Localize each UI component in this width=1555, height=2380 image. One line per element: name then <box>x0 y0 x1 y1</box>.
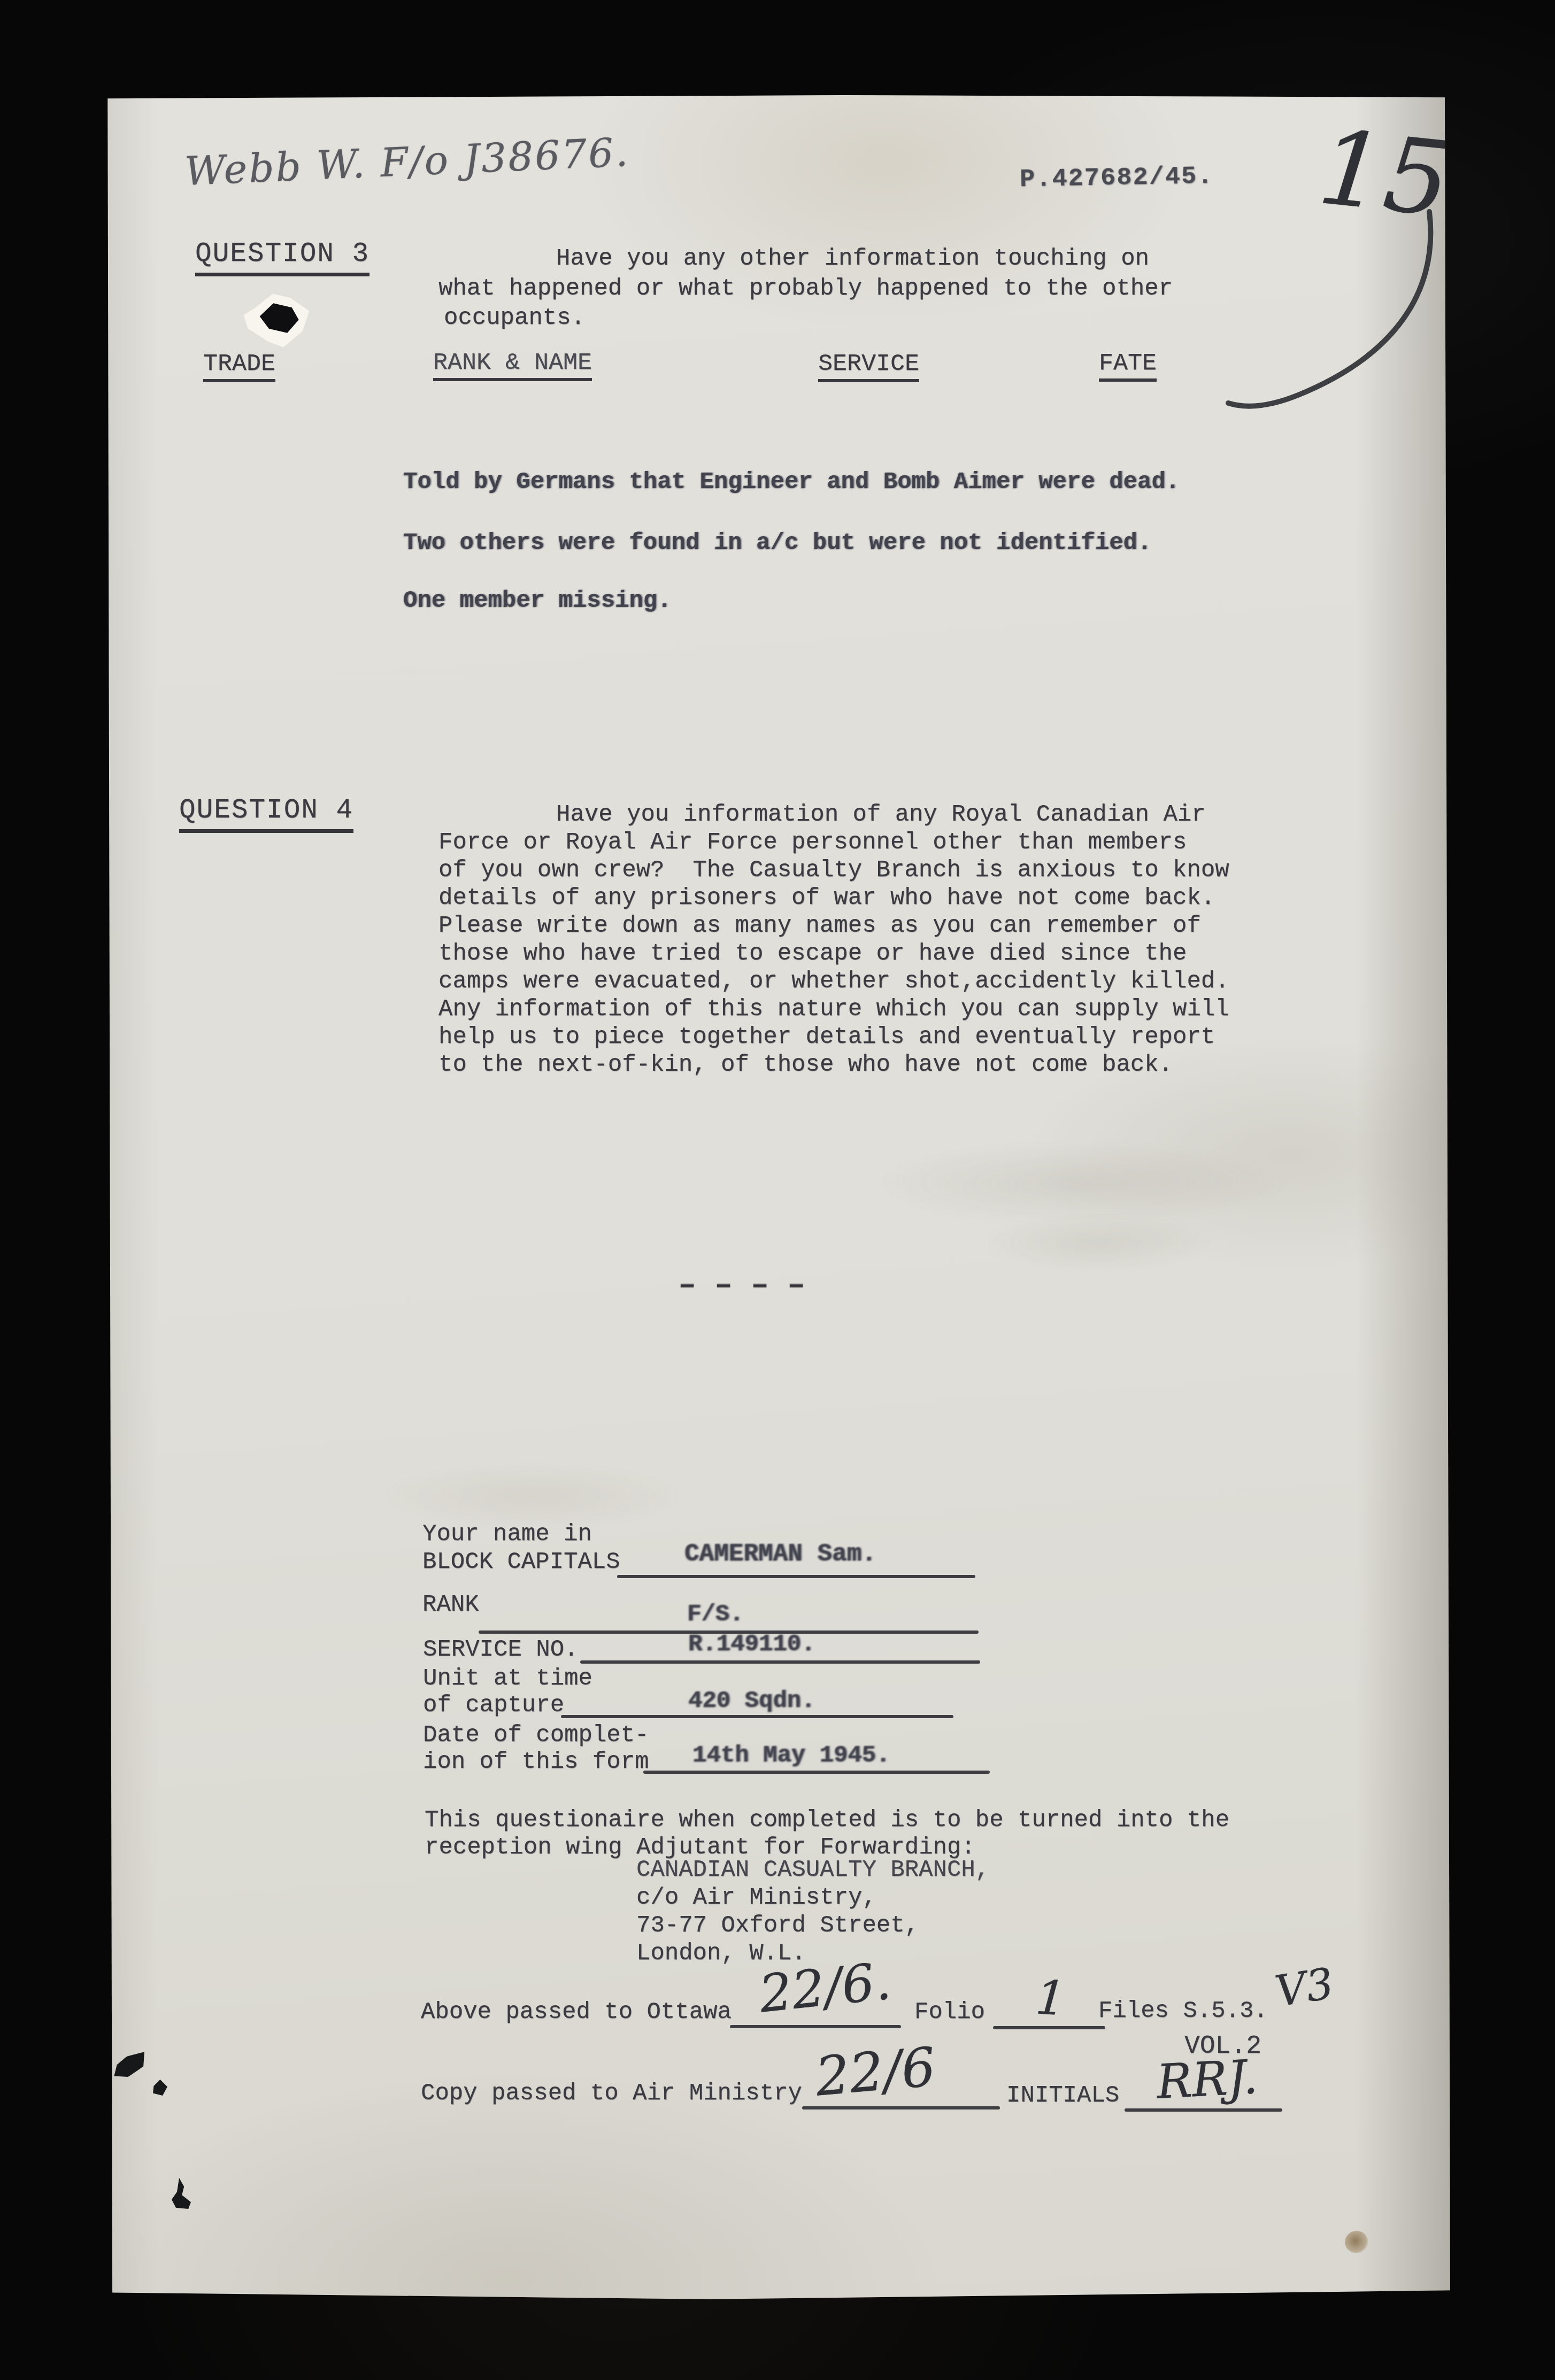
initials-value-handwritten: RRJ. <box>1156 2053 1259 2106</box>
files-value-handwritten: V3 <box>1272 1962 1336 2013</box>
question3-answer-line: Told by Germans that Engineer and Bomb A… <box>403 470 1180 494</box>
column-header-fate: FATE <box>1099 351 1157 382</box>
ottawa-routing-label: Above passed to Ottawa <box>421 2000 732 2024</box>
ink-splatter-mark <box>170 2178 191 2209</box>
folio-value-handwritten: 1 <box>1034 1974 1067 2023</box>
question4-text-line: of you own crew? The Casualty Branch is … <box>438 859 1229 882</box>
form-service-label: SERVICE NO. <box>423 1638 578 1662</box>
column-header-service: SERVICE <box>818 352 919 382</box>
question4-text-line: those who have tried to escape or have d… <box>438 942 1187 965</box>
question3-answer-line: One member missing. <box>403 589 672 613</box>
ottawa-date-handwritten: 22/6. <box>757 1955 894 2020</box>
initials-label: INITIALS <box>1006 2084 1119 2107</box>
copy-routing-label: Copy passed to Air Ministry <box>421 2082 802 2105</box>
form-name-value: CAMERMAN Sam. <box>684 1542 876 1566</box>
question3-answer-line: Two others were found in a/c but were no… <box>403 531 1151 555</box>
corner-stain <box>1345 2231 1368 2253</box>
separator-dashes: — — — — <box>681 1270 808 1302</box>
question4-text-line: to the next-of-kin, of those who have no… <box>438 1053 1173 1077</box>
footer-address-line: c/o Air Ministry, <box>636 1886 876 1910</box>
column-header-trade: TRADE <box>203 352 275 382</box>
question4-text-line: Please write down as many names as you c… <box>438 914 1201 938</box>
reference-number-stamp: P.427682/45. <box>1020 164 1214 192</box>
footer-instruction-line: reception wing Adjutant for Forwarding: <box>425 1836 975 1859</box>
form-name-label-line2: BLOCK CAPITALS <box>422 1550 620 1574</box>
footer-instruction-line: This questionaire when completed is to b… <box>425 1809 1229 1832</box>
question3-text-line: Have you any other information touching … <box>556 247 1149 271</box>
folio-label: Folio <box>914 2000 985 2024</box>
question3-text-line: occupants. <box>444 306 585 330</box>
question3-heading: QUESTION 3 <box>195 241 369 276</box>
form-unit-label-line1: Unit at time <box>423 1667 592 1690</box>
files-label: Files S.5.3. <box>1098 1999 1268 2023</box>
ottawa-date-underline <box>730 2025 901 2028</box>
page-number-flourish <box>1217 143 1446 443</box>
form-date-underline <box>643 1771 990 1774</box>
question4-text-line: Have you information of any Royal Canadi… <box>556 803 1206 826</box>
form-service-underline <box>580 1660 980 1664</box>
ink-splatter-mark <box>109 2047 151 2083</box>
form-unit-underline <box>561 1715 953 1718</box>
copy-date-handwritten: 22/6 <box>813 2040 937 2104</box>
form-name-label-line1: Your name in <box>422 1523 592 1546</box>
form-unit-value: 420 Sqdn. <box>688 1689 815 1713</box>
form-name-underline <box>617 1575 975 1578</box>
form-date-label-line2: ion of this form <box>423 1750 649 1774</box>
column-header-rank-name: RANK & NAME <box>433 351 592 381</box>
question4-text-line: Any information of this nature which you… <box>438 998 1229 1021</box>
ink-ghost-stain <box>987 1212 1211 1271</box>
ink-ghost-stain <box>382 1464 682 1528</box>
question4-text-line: help us to piece together details and ev… <box>438 1025 1215 1049</box>
copy-date-underline <box>802 2106 1000 2109</box>
question4-text-line: details of any prisoners of war who have… <box>438 886 1215 910</box>
footer-address-line: 73-77 Oxford Street, <box>636 1914 919 1937</box>
ink-ghost-stain <box>880 1143 1286 1223</box>
handwritten-name-annotation: Webb W. F/o J38676. <box>184 133 630 191</box>
form-date-value: 14th May 1945. <box>692 1744 890 1767</box>
ink-splatter-mark <box>151 2080 167 2096</box>
photograph-background: Webb W. F/o J38676. P.427682/45. 15 QUES… <box>0 0 1555 2380</box>
question4-heading: QUESTION 4 <box>179 797 353 833</box>
form-rank-label: RANK <box>422 1593 479 1617</box>
footer-address-line: CANADIAN CASUALTY BRANCH, <box>636 1858 989 1882</box>
form-rank-value: F/S. <box>687 1603 744 1626</box>
form-unit-label-line2: of capture <box>423 1694 564 1717</box>
question4-text-line: camps were evacuated, or whether shot,ac… <box>438 970 1229 993</box>
form-date-label-line1: Date of complet- <box>423 1724 649 1747</box>
question4-text-line: Force or Royal Air Force personnel other… <box>438 831 1187 854</box>
folio-underline <box>993 2026 1105 2029</box>
form-service-value: R.149110. <box>688 1633 815 1656</box>
document-page: Webb W. F/o J38676. P.427682/45. 15 QUES… <box>104 95 1450 2301</box>
initials-underline <box>1125 2108 1282 2112</box>
question3-text-line: what happened or what probably happened … <box>438 277 1173 300</box>
